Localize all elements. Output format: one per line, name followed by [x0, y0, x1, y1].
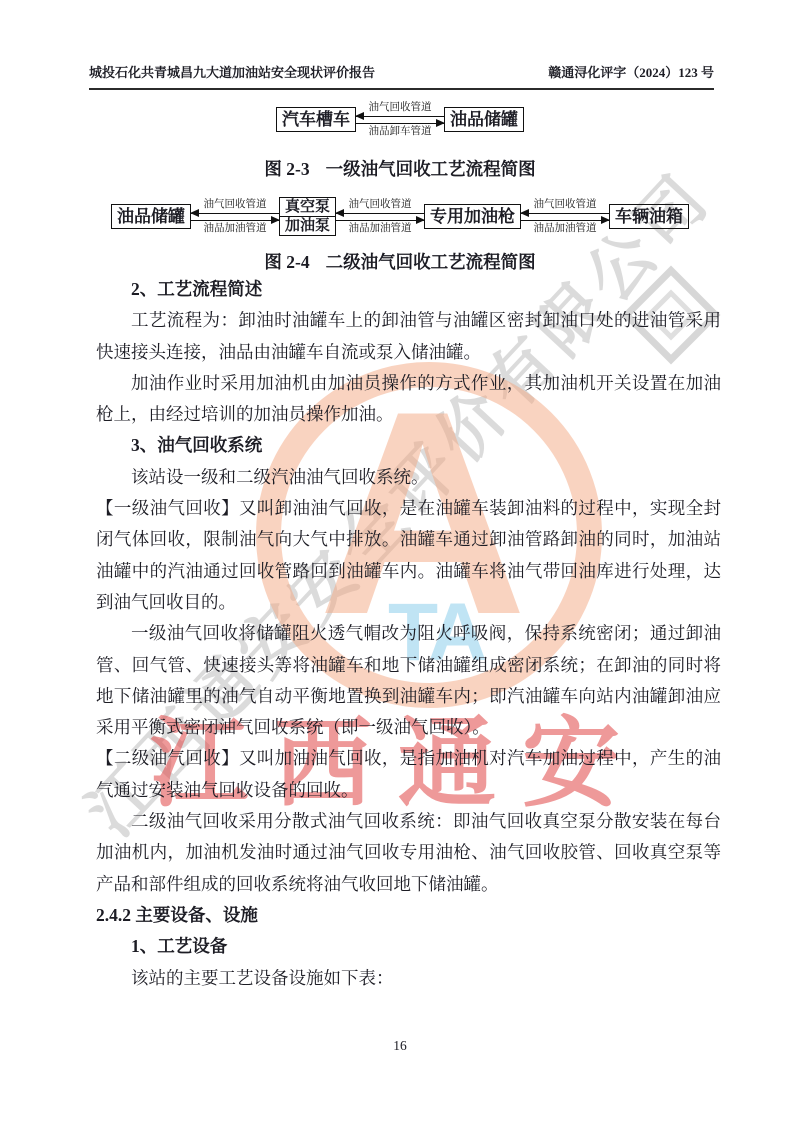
- fig1-unloading-pipe-label: 油品卸车管道: [356, 125, 444, 138]
- fig1-caption-title: 一级油气回收工艺流程简图: [326, 159, 536, 179]
- para-stage2-definition: 【二级油气回收】又叫加油油气回收，是指加油机对汽车加油过程中，产生的油气通过安装…: [96, 743, 721, 806]
- para-process-flow: 工艺流程为：卸油时油罐车上的卸油管与油罐区密封卸油口处的进油管采用快速接头连接，…: [96, 305, 721, 368]
- heading-section-242: 2.4.2 主要设备、设施: [96, 900, 721, 931]
- page-header: 城投石化共青城昌九大道加油站安全现状评价报告 赣通浔化评字（2024）123 号: [89, 62, 714, 90]
- fig2-vapor-label-3: 油气回收管道: [521, 198, 609, 211]
- fig2-pipes-1: 油气回收管道 油品加油管道: [191, 198, 279, 235]
- figure-2-4-diagram: 油品储罐 油气回收管道 油品加油管道 真空泵 加油泵 油气回收管道 油品加油管道…: [0, 197, 800, 236]
- fig2-vapor-label-2: 油气回收管道: [336, 198, 424, 211]
- para-stage1-definition: 【一级油气回收】又叫卸油油气回收，是在油罐车装卸油料的过程中，实现全封闭气体回收…: [96, 493, 721, 618]
- fig2-caption-number: 图 2-4: [264, 252, 309, 272]
- fig2-arrow-left-1-icon: [191, 213, 279, 214]
- para-stage2-details: 二级油气回收采用分散式油气回收系统：即油气回收真空泵分散安装在每台加油机内，加油…: [96, 806, 721, 900]
- page-number: 16: [0, 1038, 800, 1054]
- fig2-fuel-pump-cell: 加油泵: [280, 216, 335, 235]
- fig1-storage-tank-box: 油品储罐: [444, 107, 524, 132]
- heading-process-equipment: 1、工艺设备: [96, 931, 721, 962]
- fig2-pipes-2: 油气回收管道 油品加油管道: [336, 198, 424, 235]
- fig2-vacuum-pump-cell: 真空泵: [280, 198, 335, 216]
- para-fueling-operation: 加油作业时采用加油机由加油员操作的方式作业，其加油机开关设置在加油枪上，由经过培…: [96, 368, 721, 431]
- fig1-arrow-left-icon: [356, 116, 444, 117]
- fig2-vapor-label-1: 油气回收管道: [191, 198, 279, 211]
- figure-2-4-caption: 图 2-4二级油气回收工艺流程简图: [0, 249, 800, 274]
- heading-process-brief: 2、工艺流程简述: [96, 274, 721, 305]
- fig2-storage-tank-box: 油品储罐: [111, 204, 191, 229]
- fig2-fuel-label-3: 油品加油管道: [521, 222, 609, 235]
- fig2-pump-box: 真空泵 加油泵: [279, 197, 336, 236]
- fig1-vapor-recovery-label: 油气回收管道: [356, 101, 444, 114]
- fig2-arrow-right-3-icon: [521, 220, 609, 221]
- fig2-arrow-right-2-icon: [336, 220, 424, 221]
- fig2-fuel-label-2: 油品加油管道: [336, 222, 424, 235]
- fig2-nozzle-box: 专用加油枪: [424, 204, 521, 229]
- fig2-pipes-3: 油气回收管道 油品加油管道: [521, 198, 609, 235]
- fig2-fuel-label-1: 油品加油管道: [191, 222, 279, 235]
- figure-2-3-diagram: 汽车槽车 油气回收管道 油品卸车管道 油品储罐: [0, 101, 800, 138]
- report-page: 江西通安安全评价有限公司 A TA 江西通安 城投石化共青城昌九大道加油站安全现…: [0, 0, 800, 1131]
- fig1-pipes: 油气回收管道 油品卸车管道: [356, 101, 444, 138]
- para-station-systems: 该站设一级和二级汽油油气回收系统。: [96, 462, 721, 493]
- para-stage1-details: 一级油气回收将储罐阻火透气帽改为阻火呼吸阀，保持系统密闭；通过卸油管、回气管、快…: [96, 618, 721, 743]
- fig1-caption-number: 图 2-3: [264, 159, 309, 179]
- header-report-title: 城投石化共青城昌九大道加油站安全现状评价报告: [89, 62, 375, 81]
- header-doc-number: 赣通浔化评字（2024）123 号: [548, 62, 714, 81]
- figure-2-3-caption: 图 2-3一级油气回收工艺流程简图: [0, 156, 800, 181]
- fig2-vehicle-tank-box: 车辆油箱: [609, 204, 689, 229]
- fig2-arrow-left-2-icon: [336, 213, 424, 214]
- heading-vapor-recovery: 3、油气回收系统: [96, 430, 721, 461]
- para-equipment-intro: 该站的主要工艺设备设施如下表：: [96, 963, 721, 994]
- fig2-arrow-right-1-icon: [191, 220, 279, 221]
- document-body: 2、工艺流程简述 工艺流程为：卸油时油罐车上的卸油管与油罐区密封卸油口处的进油管…: [96, 274, 721, 994]
- fig2-caption-title: 二级油气回收工艺流程简图: [326, 252, 536, 272]
- fig1-tank-truck-box: 汽车槽车: [276, 107, 356, 132]
- fig2-arrow-left-3-icon: [521, 213, 609, 214]
- fig1-arrow-right-icon: [356, 123, 444, 124]
